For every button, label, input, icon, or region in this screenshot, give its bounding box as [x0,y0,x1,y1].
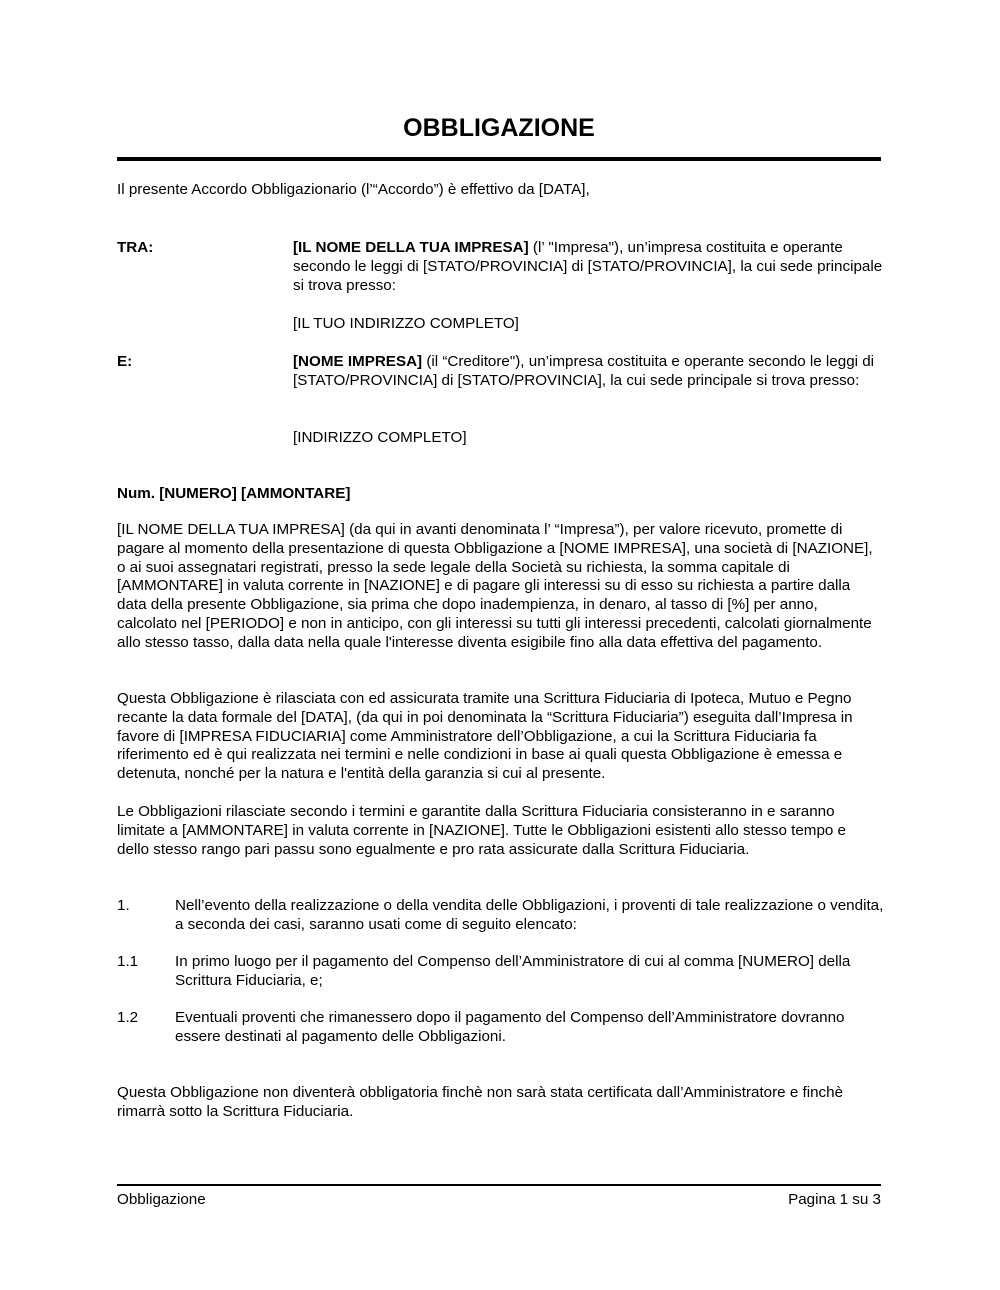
party-address-tra: [IL TUO INDIRIZZO COMPLETO] [293,315,883,334]
body-paragraph-3: Le Obbligazioni rilasciate secondo i ter… [117,803,881,859]
party-description-e: [NOME IMPRESA] (il “Creditore"), un’impr… [293,353,883,391]
party-description-tra: [IL NOME DELLA TUA IMPRESA] (l’ "Impresa… [293,239,883,295]
footer-divider [117,1184,881,1186]
intro-paragraph: Il presente Accordo Obbligazionario (l’“… [117,181,881,200]
party-label-tra: TRA: [117,239,153,258]
party-name: [IL NOME DELLA TUA IMPRESA] [293,239,529,256]
party-address-e: [INDIRIZZO COMPLETO] [293,429,883,448]
party-name: [NOME IMPRESA] [293,353,422,370]
title-divider [117,157,881,161]
body-paragraph-1: [IL NOME DELLA TUA IMPRESA] (da qui in a… [117,521,881,653]
document-page: OBBLIGAZIONE Il presente Accordo Obbliga… [117,0,881,1290]
list-item-number: 1.1 [117,953,138,972]
document-title: OBBLIGAZIONE [117,114,881,143]
list-item-number: 1.2 [117,1009,138,1028]
list-item-text: Eventuali proventi che rimanessero dopo … [175,1009,885,1047]
footer-document-name: Obbligazione [117,1191,206,1209]
list-item-text: In primo luogo per il pagamento del Comp… [175,953,885,991]
list-item-text: Nell’evento della realizzazione o della … [175,897,885,935]
body-paragraph-2: Questa Obbligazione è rilasciata con ed … [117,690,881,784]
party-label-e: E: [117,353,132,372]
closing-paragraph: Questa Obbligazione non diventerà obblig… [117,1084,881,1122]
footer-page-number: Pagina 1 su 3 [788,1191,881,1209]
list-item-number: 1. [117,897,130,916]
number-heading: Num. [NUMERO] [AMMONTARE] [117,485,881,504]
